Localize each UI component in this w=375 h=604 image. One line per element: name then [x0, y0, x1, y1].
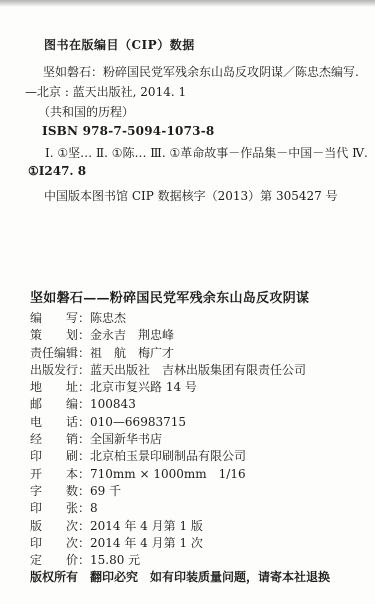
copyright-notice: 版权所有 翻印必究 如有印装质量问题，请寄本社退换 [30, 569, 375, 586]
field-label: 经销 [30, 431, 78, 448]
field-value: 北京柏玉景印刷制品有限公司 [90, 448, 246, 465]
field-label: 责任编辑 [30, 345, 78, 362]
cip-entry-line-1: 坚如磐石：粉碎国民党军残余东山岛反攻阴谋／陈忠杰编写. [43, 62, 375, 82]
row-impression: 印次：2014 年 4 月第 1 次 [30, 535, 375, 552]
row-printer: 印刷：北京柏玉景印刷制品有限公司 [30, 448, 375, 465]
field-label: 印张 [30, 500, 78, 517]
row-sheets: 印张：8 [30, 500, 375, 517]
cip-record-number: 中国版本图书馆 CIP 数据核字（2013）第 305427 号 [44, 187, 375, 205]
book-title: 坚如磐石——粉碎国民党军残余东山岛反攻阴谋 [30, 290, 375, 308]
field-value: 010—66983715 [90, 414, 186, 431]
field-label: 开本 [30, 466, 78, 483]
field-value: 2014 年 4 月第 1 次 [90, 535, 203, 552]
field-value: 2014 年 4 月第 1 版 [90, 518, 203, 535]
colophon-rows: 编写：陈忠杰 策划：金永吉 荆忠峰 责任编辑：祖 航 梅广才 出版发行：蓝天出版… [30, 310, 375, 587]
scanned-copyright-page: { "cip": { "header": "图书在版编目（CIP）数据", "e… [0, 0, 375, 604]
row-postcode: 邮编：100843 [30, 396, 375, 413]
field-colon: ： [78, 552, 90, 569]
field-label: 印刷 [30, 448, 78, 465]
row-publisher: 出版发行：蓝天出版社 吉林出版集团有限责任公司 [30, 362, 375, 379]
field-label: 电话 [30, 414, 78, 431]
field-label: 地址 [30, 379, 78, 396]
field-value: 100843 [90, 396, 136, 413]
field-value: 69 千 [90, 483, 121, 500]
field-colon: ： [78, 414, 90, 431]
field-value: 陈忠杰 [90, 310, 126, 327]
row-address: 地址：北京市复兴路 14 号 [30, 379, 375, 396]
cip-isbn: ISBN 978-7-5094-1073-8 [42, 122, 375, 140]
field-colon: ： [78, 379, 90, 396]
field-label: 定价 [30, 552, 78, 569]
field-colon: ： [78, 345, 90, 362]
field-label: 出版发行 [30, 362, 78, 379]
row-planner: 策划：金永吉 荆忠峰 [30, 327, 375, 344]
field-value: 蓝天出版社 吉林出版集团有限责任公司 [90, 362, 306, 379]
field-colon: ： [78, 362, 90, 379]
field-colon: ： [78, 448, 90, 465]
cip-classification-line-2: ①I247. 8 [28, 162, 375, 180]
field-value: 金永吉 荆忠峰 [90, 327, 174, 344]
cip-header: 图书在版编目（CIP）数据 [44, 36, 375, 54]
cip-series: （共和国的历程） [38, 102, 375, 122]
row-distributor: 经销：全国新华书店 [30, 431, 375, 448]
cip-classification-line-1: Ⅰ. ①坚… Ⅱ. ①陈… Ⅲ. ①革命故事－作品集－中国－当代 Ⅳ. [45, 144, 375, 162]
field-colon: ： [78, 327, 90, 344]
field-label: 印次 [30, 535, 78, 552]
field-value: 祖 航 梅广才 [90, 345, 174, 362]
field-colon: ： [78, 518, 90, 535]
field-label: 邮编 [30, 396, 78, 413]
field-value: 8 [90, 500, 98, 517]
row-edition: 版次：2014 年 4 月第 1 版 [30, 518, 375, 535]
field-colon: ： [78, 500, 90, 517]
field-value: 15.80 元 [90, 552, 140, 569]
row-word-count: 字数：69 千 [30, 483, 375, 500]
field-label: 字数 [30, 483, 78, 500]
field-colon: ： [78, 483, 90, 500]
field-colon: ： [78, 535, 90, 552]
field-label: 编写 [30, 310, 78, 327]
row-phone: 电话：010—66983715 [30, 414, 375, 431]
row-price: 定价：15.80 元 [30, 552, 375, 569]
field-value: 710mm × 1000mm 1/16 [90, 466, 246, 483]
field-label: 版次 [30, 518, 78, 535]
field-colon: ： [78, 431, 90, 448]
field-value: 全国新华书店 [90, 431, 162, 448]
row-writer: 编写：陈忠杰 [30, 310, 375, 327]
field-colon: ： [78, 466, 90, 483]
field-colon: ： [78, 396, 90, 413]
cip-block: 图书在版编目（CIP）数据 坚如磐石：粉碎国民党军残余东山岛反攻阴谋／陈忠杰编写… [0, 0, 375, 205]
field-colon: ： [78, 310, 90, 327]
row-format: 开本：710mm × 1000mm 1/16 [30, 466, 375, 483]
colophon-block: 坚如磐石——粉碎国民党军残余东山岛反攻阴谋 编写：陈忠杰 策划：金永吉 荆忠峰 … [0, 290, 375, 587]
field-label: 策划 [30, 327, 78, 344]
cip-entry-line-2: —北京 : 蓝天出版社, 2014. 1 [25, 82, 375, 102]
field-value: 北京市复兴路 14 号 [90, 379, 197, 396]
row-editor: 责任编辑：祖 航 梅广才 [30, 345, 375, 362]
